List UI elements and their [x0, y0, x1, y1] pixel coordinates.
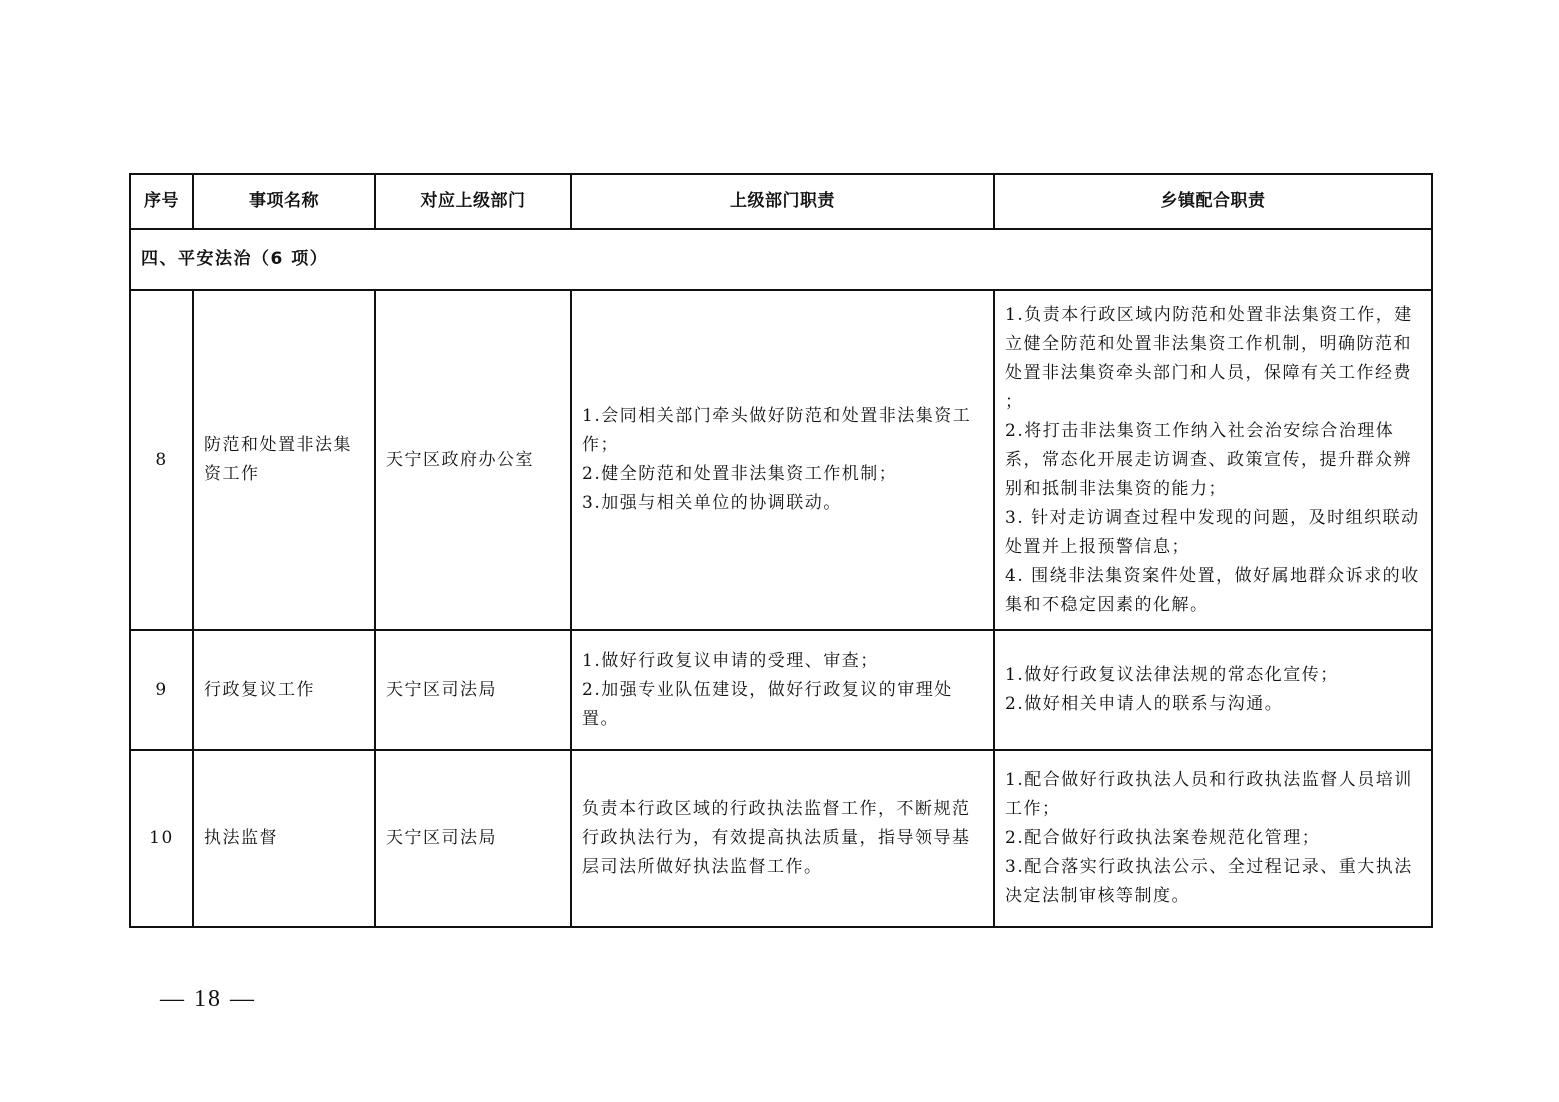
duty-line: 1.做好行政复议法律法规的常态化宣传； — [1005, 661, 1421, 690]
header-upper-dept: 对应上级部门 — [375, 174, 571, 229]
duty-line: 1.配合做好行政执法人员和行政执法监督人员培训工作； — [1005, 766, 1421, 824]
duty-line: 2.健全防范和处置非法集资工作机制； — [582, 460, 983, 489]
upper-duties: 1.会同相关部门牵头做好防范和处置非法集资工作； 2.健全防范和处置非法集资工作… — [571, 290, 994, 630]
duty-line: 3. 针对走访调查过程中发现的问题，及时组织联动处置并上报预警信息； — [1005, 504, 1421, 562]
duty-line: 1.负责本行政区域内防范和处置非法集资工作，建立健全防范和处置非法集资工作机制，… — [1005, 301, 1421, 417]
header-upper-duties: 上级部门职责 — [571, 174, 994, 229]
town-duties: 1.做好行政复议法律法规的常态化宣传； 2.做好相关申请人的联系与沟通。 — [994, 630, 1432, 750]
table-row: 10 执法监督 天宁区司法局 负责本行政区域的行政执法监督工作，不断规范行政执法… — [130, 750, 1432, 927]
town-duties: 1.配合做好行政执法人员和行政执法监督人员培训工作； 2.配合做好行政执法案卷规… — [994, 750, 1432, 927]
duty-line: 1.做好行政复议申请的受理、审查； — [582, 647, 983, 676]
duty-line: 2.将打击非法集资工作纳入社会治安综合治理体系，常态化开展走访调查、政策宣传，提… — [1005, 417, 1421, 504]
upper-duties: 1.做好行政复议申请的受理、审查； 2.加强专业队伍建设，做好行政复议的审理处置… — [571, 630, 994, 750]
duty-line: 2.加强专业队伍建设，做好行政复议的审理处置。 — [582, 676, 983, 734]
row-number: 10 — [130, 750, 193, 927]
row-number: 8 — [130, 290, 193, 630]
header-item-name: 事项名称 — [193, 174, 375, 229]
upper-dept: 天宁区司法局 — [375, 750, 571, 927]
table-row: 9 行政复议工作 天宁区司法局 1.做好行政复议申请的受理、审查； 2.加强专业… — [130, 630, 1432, 750]
page-number: — 18 — — [160, 986, 256, 1013]
header-row: 序号 事项名称 对应上级部门 上级部门职责 乡镇配合职责 — [130, 174, 1432, 229]
item-name: 执法监督 — [193, 750, 375, 927]
table-row: 8 防范和处置非法集资工作 天宁区政府办公室 1.会同相关部门牵头做好防范和处置… — [130, 290, 1432, 630]
section-row: 四、平安法治（6 项） — [130, 229, 1432, 290]
upper-dept: 天宁区司法局 — [375, 630, 571, 750]
item-name: 防范和处置非法集资工作 — [193, 290, 375, 630]
duty-line: 3.配合落实行政执法公示、全过程记录、重大执法决定法制审核等制度。 — [1005, 853, 1421, 911]
duty-line: 4. 围绕非法集资案件处置，做好属地群众诉求的收集和不稳定因素的化解。 — [1005, 562, 1421, 620]
header-town-duties: 乡镇配合职责 — [994, 174, 1432, 229]
duty-line: 2.做好相关申请人的联系与沟通。 — [1005, 690, 1421, 719]
upper-dept: 天宁区政府办公室 — [375, 290, 571, 630]
duty-table: 序号 事项名称 对应上级部门 上级部门职责 乡镇配合职责 四、平安法治（6 项）… — [129, 173, 1433, 928]
duty-line: 2.配合做好行政执法案卷规范化管理； — [1005, 824, 1421, 853]
row-number: 9 — [130, 630, 193, 750]
section-title: 四、平安法治（6 项） — [130, 229, 1432, 290]
duty-line: 1.会同相关部门牵头做好防范和处置非法集资工作； — [582, 402, 983, 460]
upper-duties: 负责本行政区域的行政执法监督工作，不断规范行政执法行为，有效提高执法质量，指导领… — [571, 750, 994, 927]
duty-line: 负责本行政区域的行政执法监督工作，不断规范行政执法行为，有效提高执法质量，指导领… — [582, 795, 983, 882]
item-name: 行政复议工作 — [193, 630, 375, 750]
town-duties: 1.负责本行政区域内防范和处置非法集资工作，建立健全防范和处置非法集资工作机制，… — [994, 290, 1432, 630]
header-serial: 序号 — [130, 174, 193, 229]
duty-line: 3.加强与相关单位的协调联动。 — [582, 489, 983, 518]
